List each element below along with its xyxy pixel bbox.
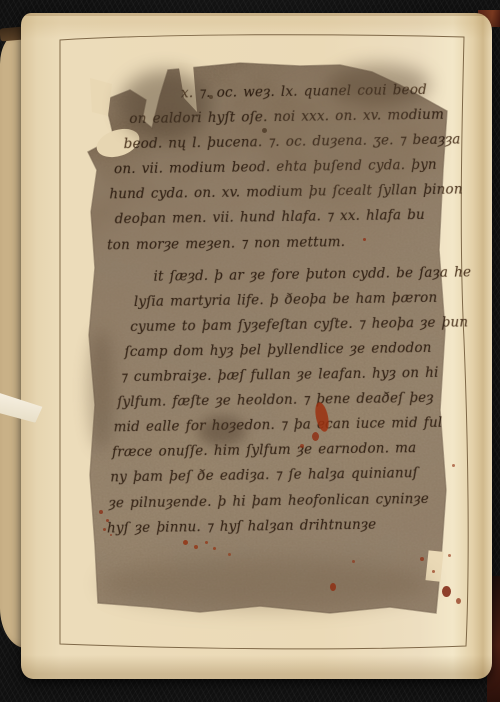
mount-tab [425, 550, 443, 581]
tear-notch [90, 78, 112, 116]
parchment-fragment [88, 62, 447, 613]
photo-overlay [0, 0, 500, 702]
manuscript-photo: x. ⁊. oc. weȝ. lx. quanel coui beodon ea… [0, 0, 500, 702]
